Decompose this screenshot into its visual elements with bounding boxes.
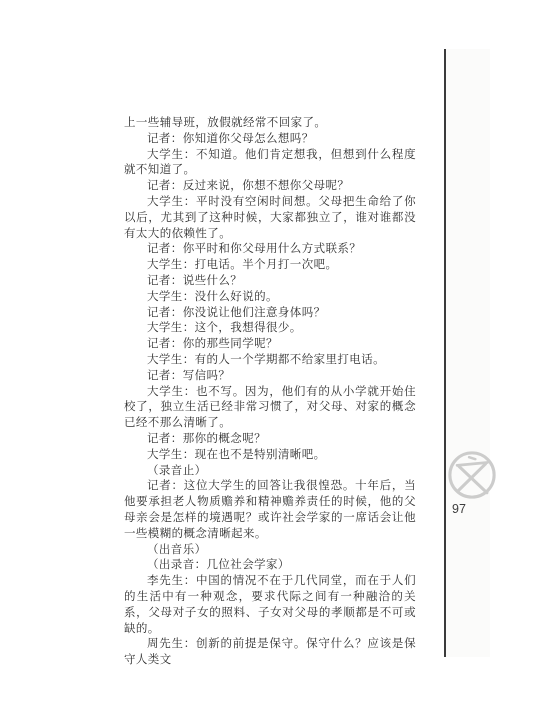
dialogue-paragraph: 记者：说些什么？	[124, 274, 416, 290]
page-edge-rule	[444, 49, 446, 657]
dialogue-paragraph: 记者：你平时和你父母用什么方式联系？	[124, 242, 416, 258]
dialogue-paragraph: 大学生：也不写。因为，他们有的从小学就开始住校了，独立生活已经非常习惯了，对父母…	[124, 385, 416, 432]
dialogue-paragraph: 记者：这位大学生的回答让我很惶恐。十年后，当他要承担老人物质赡养和精神赡养责任的…	[124, 479, 416, 542]
dialogue-paragraph: 大学生：这个，我想得很少。	[124, 321, 416, 337]
dialogue-paragraph: 记者：那你的概念呢？	[124, 432, 416, 448]
dialogue-paragraph: 大学生：没什么好说的。	[124, 290, 416, 306]
dialogue-paragraph: （出音乐）	[124, 543, 416, 559]
page-number: 97	[452, 502, 466, 516]
dialogue-text-block: 上一些辅导班，放假就经常不回家了。记者：你知道你父母怎么想吗？大学生：不知道。他…	[124, 116, 416, 669]
wen-seal-stamp-icon	[447, 450, 497, 500]
dialogue-paragraph: 大学生：打电话。半个月打一次吧。	[124, 258, 416, 274]
dialogue-paragraph: 上一些辅导班，放假就经常不回家了。	[124, 116, 416, 132]
dialogue-paragraph: 大学生：有的人一个学期都不给家里打电话。	[124, 353, 416, 369]
dialogue-paragraph: 记者：反过来说，你想不想你父母呢？	[124, 179, 416, 195]
scanned-book-page: 上一些辅导班，放假就经常不回家了。记者：你知道你父母怎么想吗？大学生：不知道。他…	[0, 0, 550, 711]
dialogue-paragraph: 记者：你知道你父母怎么想吗？	[124, 132, 416, 148]
dialogue-paragraph: 大学生：平时没有空闲时间想。父母把生命给了你以后，尤其到了这种时候，大家都独立了…	[124, 195, 416, 242]
dialogue-paragraph: 大学生：现在也不是特别清晰吧。	[124, 448, 416, 464]
dialogue-paragraph: 李先生：中国的情况不在于几代同堂，而在于人们的生活中有一种观念，要求代际之间有一…	[124, 574, 416, 637]
dialogue-paragraph: 大学生：不知道。他们肯定想我，但想到什么程度就不知道了。	[124, 148, 416, 180]
dialogue-paragraph: 记者：你的那些同学呢？	[124, 337, 416, 353]
dialogue-paragraph: （录音止）	[124, 464, 416, 480]
dialogue-paragraph: 周先生：创新的前提是保守。保守什么？应该是保守人类文	[124, 637, 416, 669]
dialogue-paragraph: （出录音：几位社会学家）	[124, 558, 416, 574]
dialogue-paragraph: 记者：写信吗？	[124, 369, 416, 385]
adjacent-page-edge	[446, 49, 490, 657]
dialogue-paragraph: 记者：你没说让他们注意身体吗？	[124, 306, 416, 322]
